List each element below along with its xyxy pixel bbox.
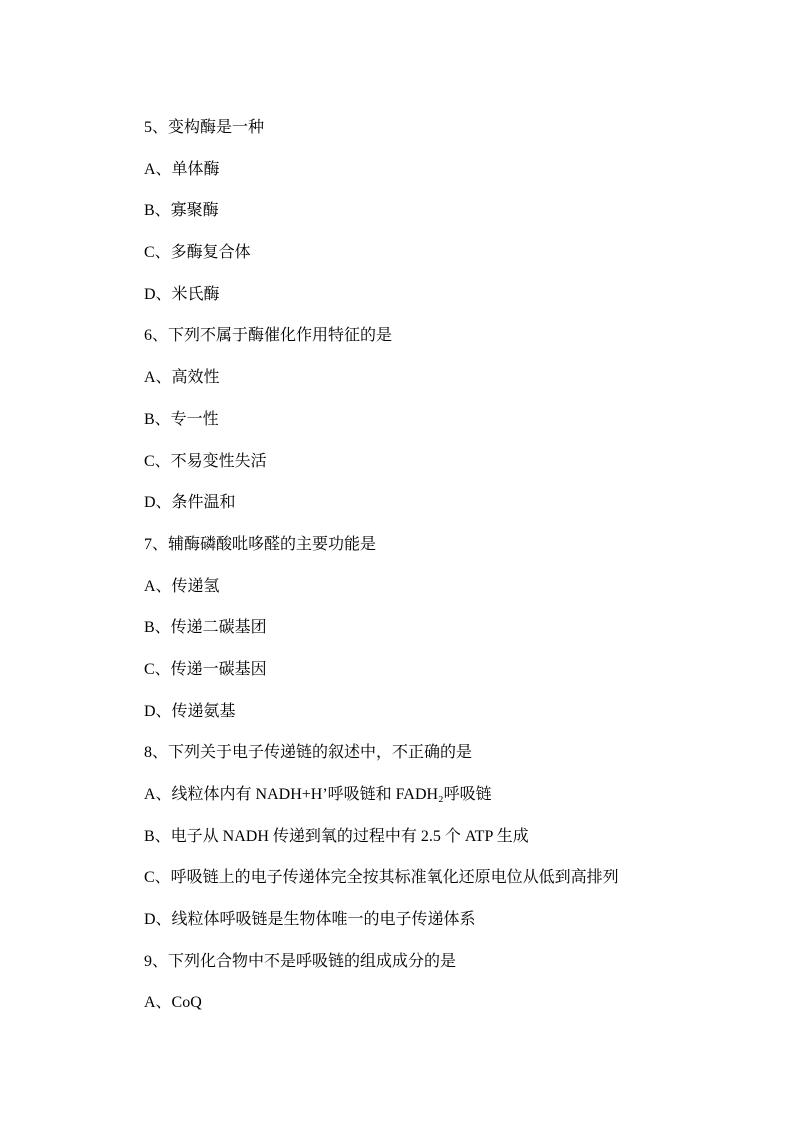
document-page: 5、变构酶是一种 A、单体酶 B、寡聚酶 C、多酶复合体 D、米氏酶 6、下列不… [0,0,794,1123]
question-7-option-c: C、传递一碳基因 [144,649,714,691]
question-7: 7、辅酶磷酸吡哆醛的主要功能是 A、传递氢 B、传递二碳基团 C、传递一碳基因 … [144,524,714,732]
question-6-title: 6、下列不属于酶催化作用特征的是 [144,315,714,357]
question-7-option-a: A、传递氢 [144,566,714,608]
question-5-option-d: D、米氏酶 [144,274,714,316]
question-5: 5、变构酶是一种 A、单体酶 B、寡聚酶 C、多酶复合体 D、米氏酶 [144,107,714,315]
question-9-title: 9、下列化合物中不是呼吸链的组成成分的是 [144,941,714,983]
question-8: 8、下列关于电子传递链的叙述中，不正确的是 A、线粒体内有 NADH+H’呼吸链… [144,732,714,940]
question-8-title: 8、下列关于电子传递链的叙述中，不正确的是 [144,732,714,774]
question-5-option-b: B、寡聚酶 [144,190,714,232]
question-6-option-d: D、条件温和 [144,482,714,524]
question-9: 9、下列化合物中不是呼吸链的组成成分的是 A、CoQ [144,941,714,1024]
question-6-option-a: A、高效性 [144,357,714,399]
question-6-option-c: C、不易变性失活 [144,441,714,483]
question-8-option-b: B、电子从 NADH 传递到氧的过程中有 2.5 个 ATP 生成 [144,816,714,858]
question-7-option-d: D、传递氨基 [144,691,714,733]
question-8-option-d: D、线粒体呼吸链是生物体唯一的电子传递体系 [144,899,714,941]
question-7-title: 7、辅酶磷酸吡哆醛的主要功能是 [144,524,714,566]
question-7-option-b: B、传递二碳基团 [144,607,714,649]
question-5-title: 5、变构酶是一种 [144,107,714,149]
question-5-option-a: A、单体酶 [144,149,714,191]
question-9-option-a: A、CoQ [144,982,714,1024]
question-8-option-a: A、线粒体内有 NADH+H’呼吸链和 FADH₂呼吸链 [144,774,714,816]
question-5-option-c: C、多酶复合体 [144,232,714,274]
question-8-option-c: C、呼吸链上的电子传递体完全按其标准氧化还原电位从低到高排列 [144,857,714,899]
question-6: 6、下列不属于酶催化作用特征的是 A、高效性 B、专一性 C、不易变性失活 D、… [144,315,714,523]
question-6-option-b: B、专一性 [144,399,714,441]
